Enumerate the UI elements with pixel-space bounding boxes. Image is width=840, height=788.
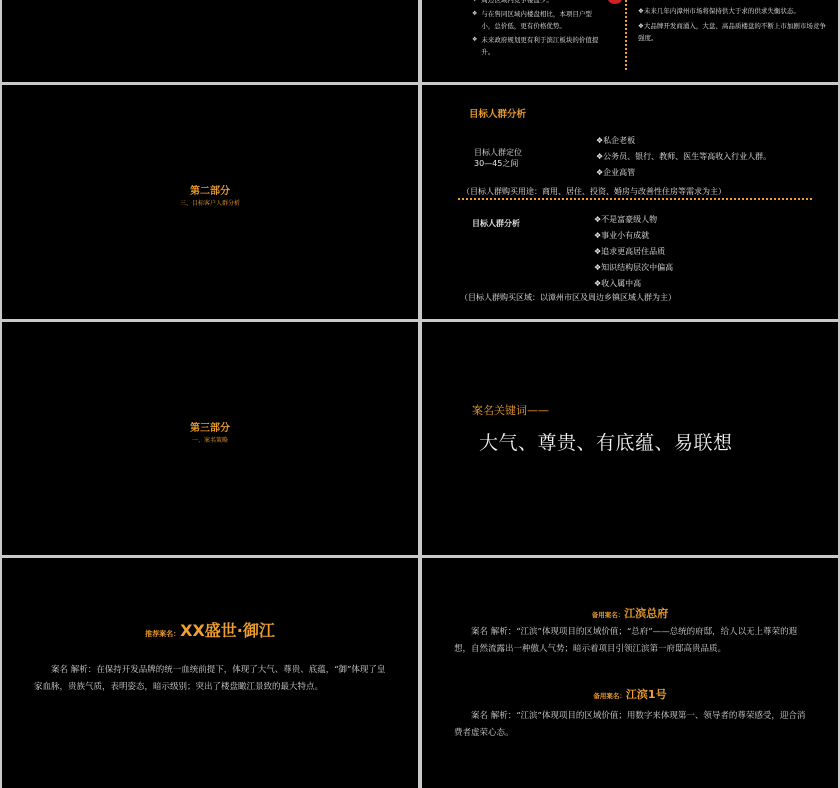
alt-name-1-label: 备用案名： xyxy=(592,611,625,619)
occupation-item: ❖私企老板 xyxy=(596,133,771,149)
trait-list: ❖不是富豪级人物 ❖事业小有成就 ❖追求更高居住品质 ❖知识结构层次中偏高 ❖收… xyxy=(594,212,673,292)
diamond-bullet-icon: ❖ xyxy=(472,34,477,59)
trait-item: ❖事业小有成就 xyxy=(594,228,673,244)
alt-name-2-label: 备用案名： xyxy=(593,692,626,700)
diamond-bullet-icon: ❖ xyxy=(472,8,477,33)
bullet-item: ❖与在售同区域内楼盘相比，本项目户型小，总价低，更有价格优势。 xyxy=(472,8,602,33)
keyword-list: 大气、尊贵、有底蕴、易联想 xyxy=(479,428,733,455)
bullet-item: ❖大品牌开发商涌入，大盘、高品质楼盘的不断上市加剧市场竞争强度。 xyxy=(638,20,828,44)
target-position-label: 目标人群定位 xyxy=(474,147,522,158)
alt-name-2: 江滨1号 xyxy=(626,688,667,701)
recommended-name-line: 推荐案名：XX盛世·御江 xyxy=(2,618,418,641)
threat-bullet-list: ❖未来几年内漳州市场将保持供大于求的供求失衡状态。 ❖大品牌开发商涌入，大盘、高… xyxy=(638,0,828,44)
slide-thumbnail-2[interactable]: ❖周边区域内竞争楼盘少。 ❖与在售同区域内楼盘相比，本项目户型小，总价低，更有价… xyxy=(422,0,838,82)
red-decoration-shape xyxy=(608,0,622,4)
target-audience-heading: 目标人群分析 xyxy=(469,106,526,120)
section-subtitle: 三、目标客户人群分析 xyxy=(2,198,418,207)
trait-item: ❖追求更高居住品质 xyxy=(594,244,673,260)
alt-name-2-line: 备用案名：江滨1号 xyxy=(422,683,838,702)
bullet-item: ❖未来政府规划更有利于滨江板块的价值提升。 xyxy=(472,34,602,59)
purchase-region-note: （目标人群购买区域：以漳州市区及周边乡镇区域人群为主） xyxy=(460,292,676,303)
section-heading: 第二部分 三、目标客户人群分析 xyxy=(2,182,418,207)
advantage-bullet-list: ❖周边区域内竞争楼盘少。 ❖与在售同区域内楼盘相比，本项目户型小，总价低，更有价… xyxy=(472,0,602,60)
alt-name-2-analysis: 案名 解析：“江滨”体现项目的区域价值；用数字来体现第一、领导者的尊荣感受，迎合… xyxy=(454,708,806,742)
alt-name-1: 江滨总府 xyxy=(624,607,668,620)
section-heading: 第三部分 一、案名策略 xyxy=(2,419,418,444)
occupation-list: ❖私企老板 ❖公务员、银行、教师、医生等高收入行业人群。 ❖企业高管 xyxy=(596,133,771,181)
slide-thumbnail-5[interactable]: 第三部分 一、案名策略 xyxy=(2,322,418,555)
dotted-vertical-divider xyxy=(625,0,627,72)
alt-name-1-line: 备用案名：江滨总府 xyxy=(422,602,838,621)
alt-name-1-analysis: 案名 解析：“江滨”体现项目的区域价值；“总府”——总统的府邸，给人以无上尊荣的… xyxy=(454,624,806,658)
target-age-range: 30—45之间 xyxy=(474,158,518,169)
section-subtitle: 一、案名策略 xyxy=(2,435,418,444)
slide-thumbnail-1[interactable] xyxy=(2,0,418,82)
occupation-item: ❖公务员、银行、教师、医生等高收入行业人群。 xyxy=(596,149,771,165)
bullet-item: ❖未来几年内漳州市场将保持供大于求的供求失衡状态。 xyxy=(638,5,828,17)
recommended-name: XX盛世·御江 xyxy=(180,621,275,640)
recommended-name-analysis: 案名 解析：在保持开发品牌的统一血统前提下，体现了大气、尊贵、底蕴，“御”体现了… xyxy=(34,662,386,696)
slide-thumbnail-7[interactable]: 推荐案名：XX盛世·御江 案名 解析：在保持开发品牌的统一血统前提下，体现了大气… xyxy=(2,558,418,788)
audience-analysis-label: 目标人群分析 xyxy=(472,218,520,229)
slide-thumbnail-4[interactable]: 目标人群分析 目标人群定位 30—45之间 ❖私企老板 ❖公务员、银行、教师、医… xyxy=(422,85,838,319)
occupation-item: ❖企业高管 xyxy=(596,165,771,181)
slide-thumbnail-6[interactable]: 案名关键词—— 大气、尊贵、有底蕴、易联想 xyxy=(422,322,838,555)
slide-thumbnail-8[interactable]: 备用案名：江滨总府 案名 解析：“江滨”体现项目的区域价值；“总府”——总统的府… xyxy=(422,558,838,788)
slide-thumbnail-3[interactable]: 第二部分 三、目标客户人群分析 xyxy=(2,85,418,319)
section-title: 第二部分 xyxy=(2,182,418,197)
bullet-item: ❖周边区域内竞争楼盘少。 xyxy=(472,0,602,7)
trait-item: ❖知识结构层次中偏高 xyxy=(594,260,673,276)
diamond-bullet-icon: ❖ xyxy=(472,0,477,7)
trait-item: ❖收入属中高 xyxy=(594,276,673,292)
keyword-label: 案名关键词—— xyxy=(472,402,549,418)
recommended-name-label: 推荐案名： xyxy=(145,629,180,638)
trait-item: ❖不是富豪级人物 xyxy=(594,212,673,228)
section-title: 第三部分 xyxy=(2,419,418,434)
dotted-horizontal-divider xyxy=(458,198,812,200)
purchase-purpose-note: （目标人群购买用途：商用、居住、投资、婚房与改善性住房等需求为主） xyxy=(462,186,726,197)
